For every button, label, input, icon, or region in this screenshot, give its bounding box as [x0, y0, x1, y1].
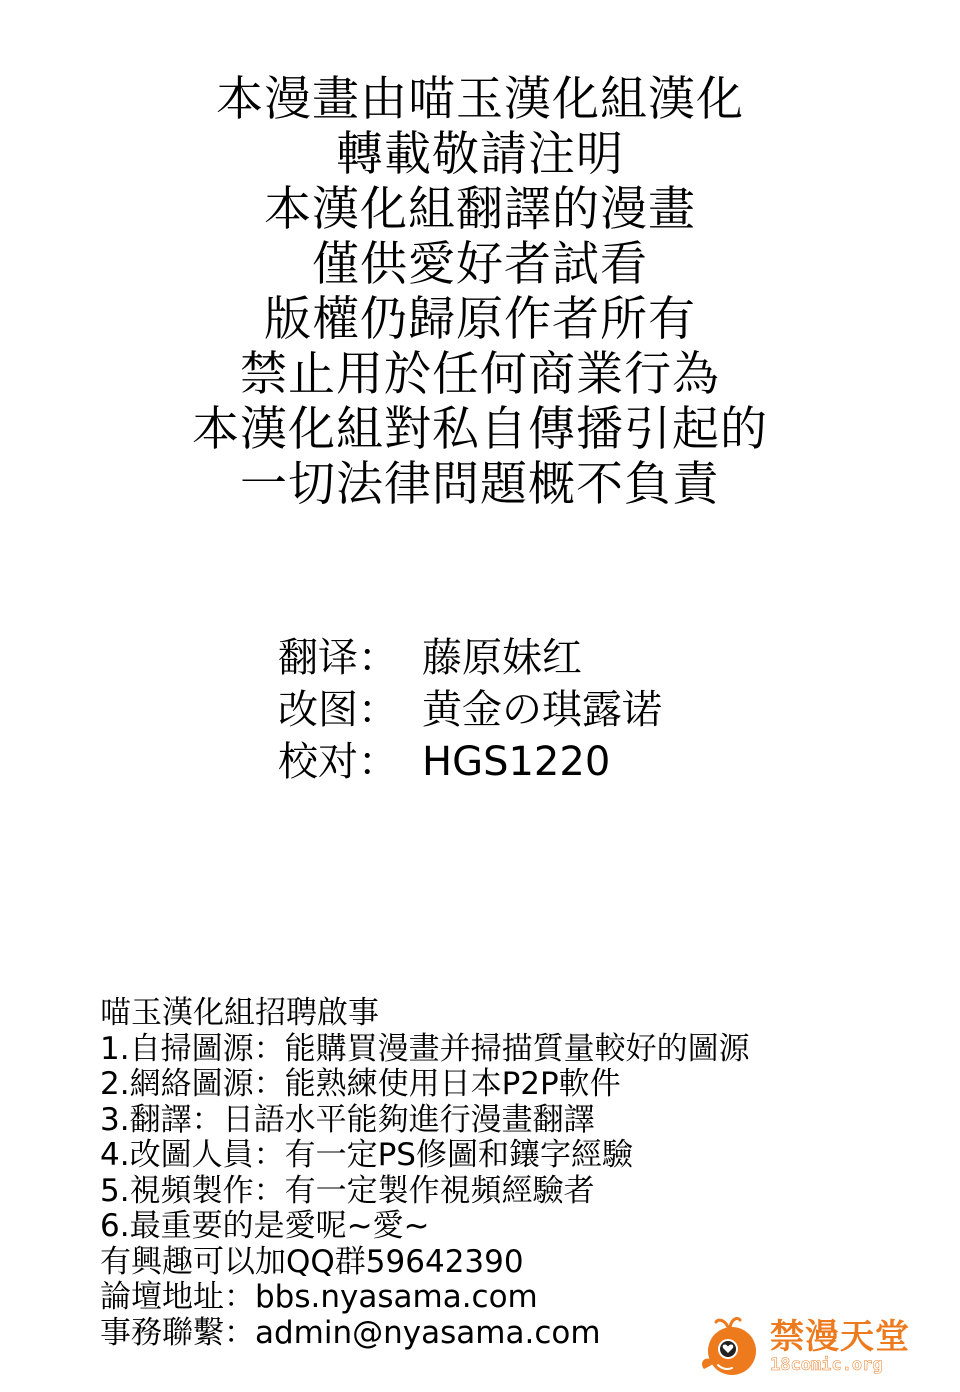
notice-line: 本漢化組對私自傳播引起的 [0, 402, 960, 457]
recruit-item: 1.自掃圖源：能購買漫畫并掃描質量較好的圖源 [100, 1032, 750, 1068]
credit-row-proofreader: 校对： HGS1220 [278, 736, 662, 788]
recruit-item: 4.改圖人員：有一定PS修圖和鑲字經驗 [100, 1138, 750, 1174]
credit-row-editor: 改图： 黄金の琪露诺 [278, 684, 662, 736]
watermark-url: 18comic.org [770, 1356, 910, 1374]
notice-line: 轉載敬請注明 [0, 127, 960, 182]
credit-value: 黄金の琪露诺 [422, 684, 662, 736]
recruitment-notice: 喵玉漢化組招聘啟事 1.自掃圖源：能購買漫畫并掃描質量較好的圖源 2.網絡圖源：… [100, 996, 750, 1351]
recruit-item: 3.翻譯：日語水平能夠進行漫畫翻譯 [100, 1103, 750, 1139]
staff-credits: 翻译： 藤原妹红 改图： 黄金の琪露诺 校对： HGS1220 [278, 632, 662, 788]
credit-role: 改图： [278, 684, 422, 736]
qq-group: 有興趣可以加QQ群59642390 [100, 1245, 750, 1281]
credit-value: 藤原妹红 [422, 632, 582, 684]
notice-line: 一切法律問題概不負責 [0, 457, 960, 512]
credit-row-translator: 翻译： 藤原妹红 [278, 632, 662, 684]
credit-role: 翻译： [278, 632, 422, 684]
credit-role: 校对： [278, 736, 422, 788]
recruit-item: 6.最重要的是愛呢~愛~ [100, 1209, 750, 1245]
notice-line: 本漫畫由喵玉漢化組漢化 [0, 72, 960, 127]
disclaimer-notice: 本漫畫由喵玉漢化組漢化 轉載敬請注明 本漢化組翻譯的漫畫 僅供愛好者試看 版權仍… [0, 72, 960, 512]
notice-line: 本漢化組翻譯的漫畫 [0, 182, 960, 237]
forum-address: 論壇地址：bbs.nyasama.com [100, 1280, 750, 1316]
notice-line: 版權仍歸原作者所有 [0, 292, 960, 347]
credit-value: HGS1220 [422, 736, 610, 788]
recruit-title: 喵玉漢化組招聘啟事 [100, 996, 750, 1032]
recruit-item: 5.視頻製作：有一定製作視頻經驗者 [100, 1174, 750, 1210]
contact-email: 事務聯繫：admin@nyasama.com [100, 1316, 750, 1352]
notice-line: 僅供愛好者試看 [0, 237, 960, 292]
notice-line: 禁止用於任何商業行為 [0, 347, 960, 402]
watermark-logo: 禁漫天堂 18comic.org [698, 1306, 918, 1386]
recruit-item: 2.網絡圖源：能熟練使用日本P2P軟件 [100, 1067, 750, 1103]
watermark-name: 禁漫天堂 [770, 1318, 910, 1356]
whale-mascot-icon [698, 1313, 764, 1379]
